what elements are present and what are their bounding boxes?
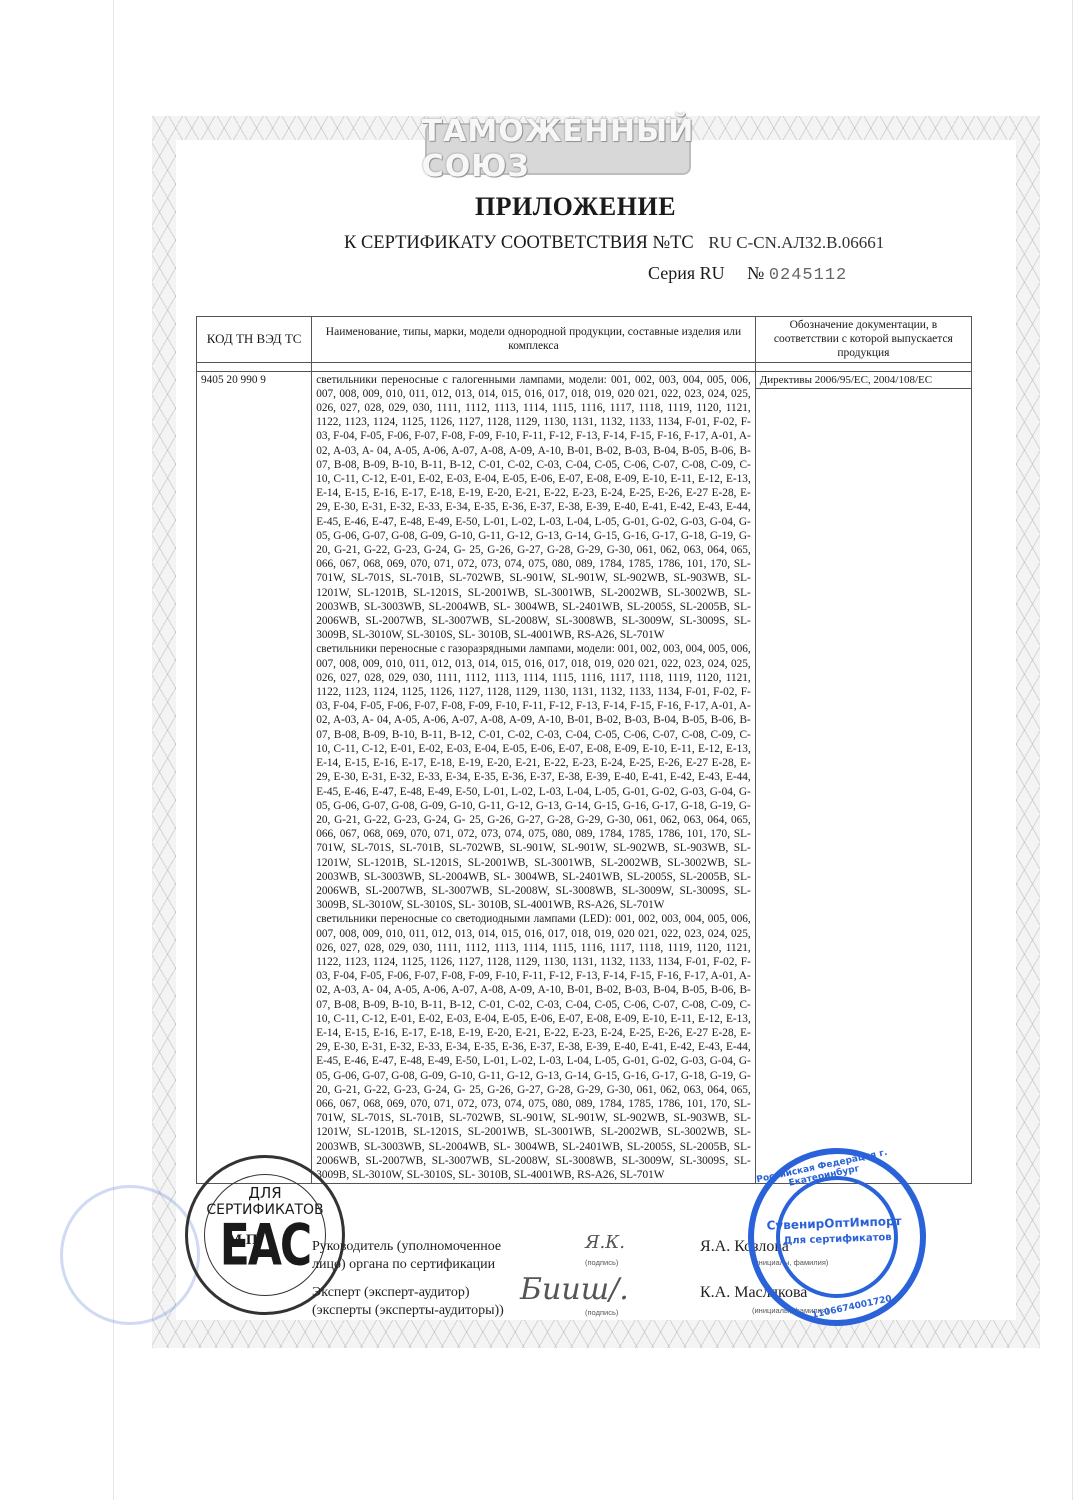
stamp-company-name: СувенирОптИмпорт [751, 1213, 917, 1233]
table-row: 9405 20 990 9 светильники переносные с г… [197, 371, 972, 1184]
head-role-line1: Руководитель (уполномоченное [312, 1238, 501, 1256]
product-group-halogen: светильники переносные с галогенными лам… [316, 373, 751, 643]
scan-artifact-line [1072, 0, 1073, 1500]
documentation-cell: Директивы 2006/95/EC, 2004/108/EC [755, 371, 971, 1184]
expert-signature: Бииш/. [520, 1272, 629, 1307]
stamp-purpose: Для сертификатов [754, 1231, 920, 1248]
head-signature: Я.К. [585, 1232, 625, 1253]
tn-ved-code: 9405 20 990 9 [197, 371, 312, 1184]
header-product-name: Наименование, типы, марки, модели одноро… [312, 317, 756, 363]
faded-stamp [60, 1185, 200, 1325]
certificate-label: К СЕРТИФИКАТУ СООТВЕТСТВИЯ №ТС [344, 233, 694, 253]
head-role-line2: лицо) органа по сертификации [312, 1256, 501, 1274]
expert-role-line2: (эксперты (эксперты-аудиторы)) [312, 1302, 504, 1320]
table-spacer-row [197, 362, 972, 371]
header-code: КОД ТН ВЭД ТС [197, 317, 312, 363]
certificate-reference: К СЕРТИФИКАТУ СООТВЕТСТВИЯ №ТС RU C-CN.А… [344, 233, 884, 254]
expert-role: Эксперт (эксперт-аудитор) (эксперты (экс… [312, 1284, 504, 1320]
number-label: № [747, 263, 764, 283]
product-list: светильники переносные с галогенными лам… [312, 371, 756, 1184]
series-label: Серия RU [648, 263, 725, 283]
head-role: Руководитель (уполномоченное лицо) орган… [312, 1238, 501, 1274]
series-number: 0245112 [769, 266, 847, 285]
table-header-row: КОД ТН ВЭД ТС Наименование, типы, марки,… [197, 317, 972, 363]
products-table: КОД ТН ВЭД ТС Наименование, типы, марки,… [196, 316, 972, 1184]
stamp-text-for: ДЛЯ [188, 1184, 342, 1202]
expert-role-line1: Эксперт (эксперт-аудитор) [312, 1284, 504, 1302]
seal-place-label: М.П. [228, 1232, 261, 1249]
documentation-reference: Директивы 2006/95/EC, 2004/108/EC [756, 372, 971, 389]
product-group-discharge: светильники переносные с газоразрядными … [316, 642, 751, 912]
header-documentation: Обозначение документации, в соответствии… [755, 317, 971, 363]
customs-union-banner: ТАМОЖЕННЫЙ СОЮЗ [425, 123, 691, 175]
expert-sign-hint: (подпись) [585, 1308, 618, 1317]
certificate-number: RU C-CN.АЛ32.В.06661 [708, 233, 884, 252]
stamp-text-certificates: СЕРТИФИКАТОВ [188, 1202, 342, 1218]
document-title: ПРИЛОЖЕНИЕ [0, 192, 1091, 222]
series-line: Серия RU № 0245112 [648, 263, 847, 285]
product-group-led: светильники переносные со светодиодными … [316, 912, 751, 1182]
head-sign-hint: (подпись) [585, 1258, 618, 1267]
